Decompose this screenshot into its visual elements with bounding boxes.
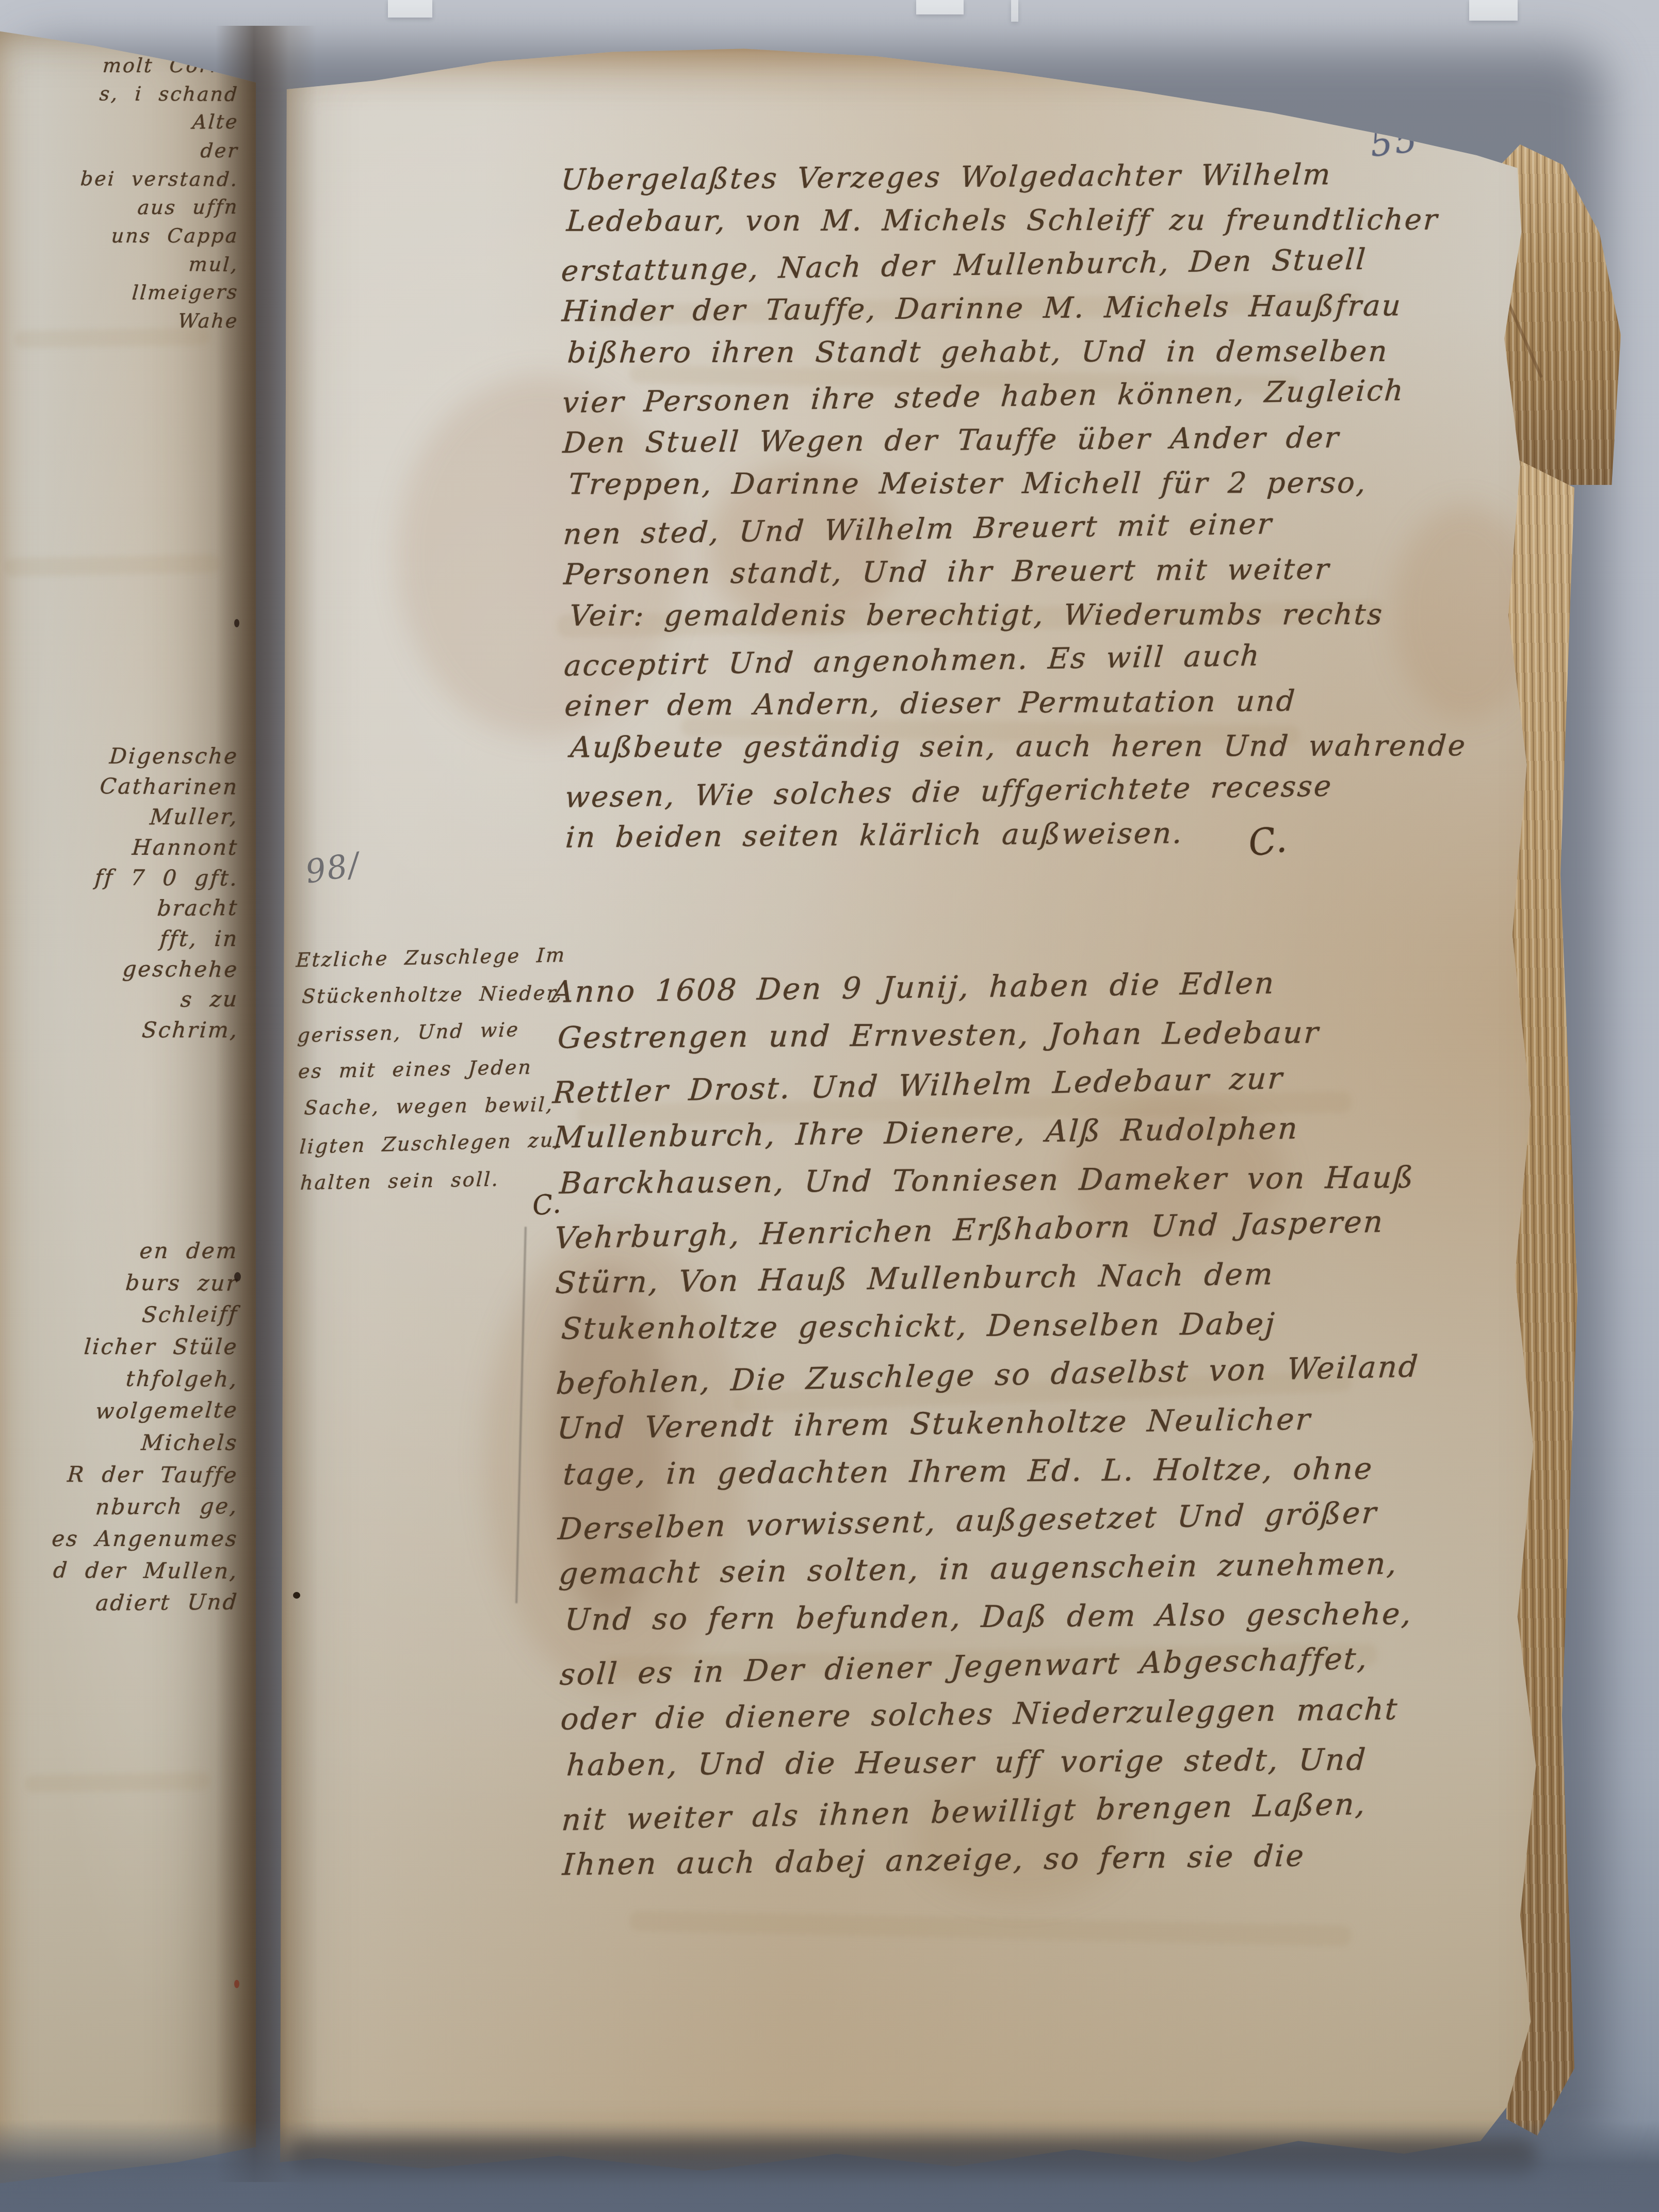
handwritten-line-fragment: en dem — [47, 1235, 239, 1267]
handwritten-line: Treppen, Darinne Meister Michell für 2 p… — [567, 461, 1523, 506]
margin-note: Etzliche Zuschlege ImStückenholtze Niede… — [296, 936, 574, 1201]
handwritten-line-fragment: Wahe — [74, 307, 239, 335]
book-gutter — [216, 26, 317, 2182]
handwritten-line: Personen standt, Und ihr Breuert mit wei… — [562, 546, 1524, 596]
tape-tab — [388, 0, 432, 18]
handwritten-line-fragment: d der Mullen, — [52, 1554, 239, 1587]
handwritten-line: Stückenholtze Nieder, — [301, 974, 571, 1015]
main-text-paragraph-1: Ubergelaßtes Verzeges Wolgedachter Wilhe… — [561, 152, 1525, 860]
handwritten-line-fragment: uns Cappa — [74, 222, 239, 250]
handwritten-line-fragment: licher Stüle — [47, 1331, 239, 1363]
table-surface — [0, 2120, 1659, 2212]
bleedthrough-mark — [629, 1910, 1352, 1946]
handwritten-line: Etzliche Zuschlege Im — [295, 936, 571, 979]
manuscript-photograph: molt Cornds, i schandAltederbei verstand… — [0, 0, 1659, 2212]
paragraph-end-mark: C. — [1246, 818, 1289, 865]
handwritten-line: Hinder der Tauffe, Darinne M. Michels Ha… — [561, 283, 1523, 333]
handwritten-line-fragment: es Angenumes — [47, 1523, 239, 1555]
handwritten-line: Den Stuell Wegen der Tauffe über Ander d… — [561, 414, 1523, 465]
binding-stitch — [234, 619, 239, 627]
handwritten-line: Sache, wegen bewil, — [303, 1085, 573, 1126]
handwritten-line-fragment: llmeigers — [74, 278, 239, 307]
handwritten-line: bißhero ihren Standt gehabt, Und in dems… — [566, 329, 1523, 375]
tape-tab — [1469, 0, 1518, 21]
left-page-text-fragments: en demburs zurSchleifflicher Stülethfolg… — [48, 1235, 238, 1619]
main-text-paragraph-2: Anno 1608 Den 9 Junij, haben die EdlenGe… — [551, 955, 1543, 1889]
binding-stitch — [234, 1272, 241, 1281]
handwritten-line-fragment: nburch ge, — [47, 1490, 240, 1524]
right-page: 55 Ubergelaßtes Verzeges Wolgedachter Wi… — [268, 40, 1589, 2171]
handwritten-line: einer dem Andern, dieser Permutation und — [563, 677, 1525, 728]
handwritten-line: es mit eines Jeden — [297, 1048, 573, 1090]
handwritten-line-fragment: thfolgeh, — [52, 1362, 239, 1395]
handwritten-line-fragment: R der Tauffe — [52, 1458, 239, 1491]
handwritten-line-fragment: wolgemelte — [47, 1394, 240, 1428]
handwritten-line: in beiden seiten klärlich außweisen. — [564, 809, 1526, 859]
bleedthrough-mark — [4, 554, 221, 576]
bleedthrough-mark — [25, 1772, 211, 1793]
handwritten-line: Außbeute geständig sein, auch heren Und … — [569, 724, 1525, 769]
handwritten-line: gerissen, Und wie — [296, 1010, 572, 1054]
handwritten-line: Ledebaur, von M. Michels Schleiff zu fre… — [565, 198, 1522, 243]
handwritten-line: Anno 1608 Den 9 Junij, haben die Edlen — [550, 955, 1533, 1016]
handwritten-line: ligten Zuschlegen zu, — [299, 1121, 575, 1165]
handwritten-line-fragment: der — [74, 137, 239, 165]
handwritten-line-fragment: Michels — [47, 1427, 239, 1459]
handwritten-line-fragment: Schleiff — [47, 1298, 240, 1332]
tape-tab — [1011, 0, 1018, 22]
handwritten-line-fragment: adiert Und — [47, 1586, 240, 1620]
tape-tab — [916, 0, 964, 14]
handwritten-line-fragment: Alte — [74, 108, 239, 137]
handwritten-line-fragment: burs zur — [52, 1266, 239, 1299]
handwritten-line: Ubergelaßtes Verzeges Wolgedachter Wilhe… — [560, 152, 1522, 202]
handwritten-line: Veir: gemaldenis berechtigt, Wiederumbs … — [568, 592, 1524, 638]
binding-stitch — [234, 1980, 239, 1988]
handwritten-line-fragment: aus uffn — [74, 193, 239, 222]
left-page-text-fragments: molt Cornds, i schandAltederbei verstand… — [75, 52, 238, 335]
